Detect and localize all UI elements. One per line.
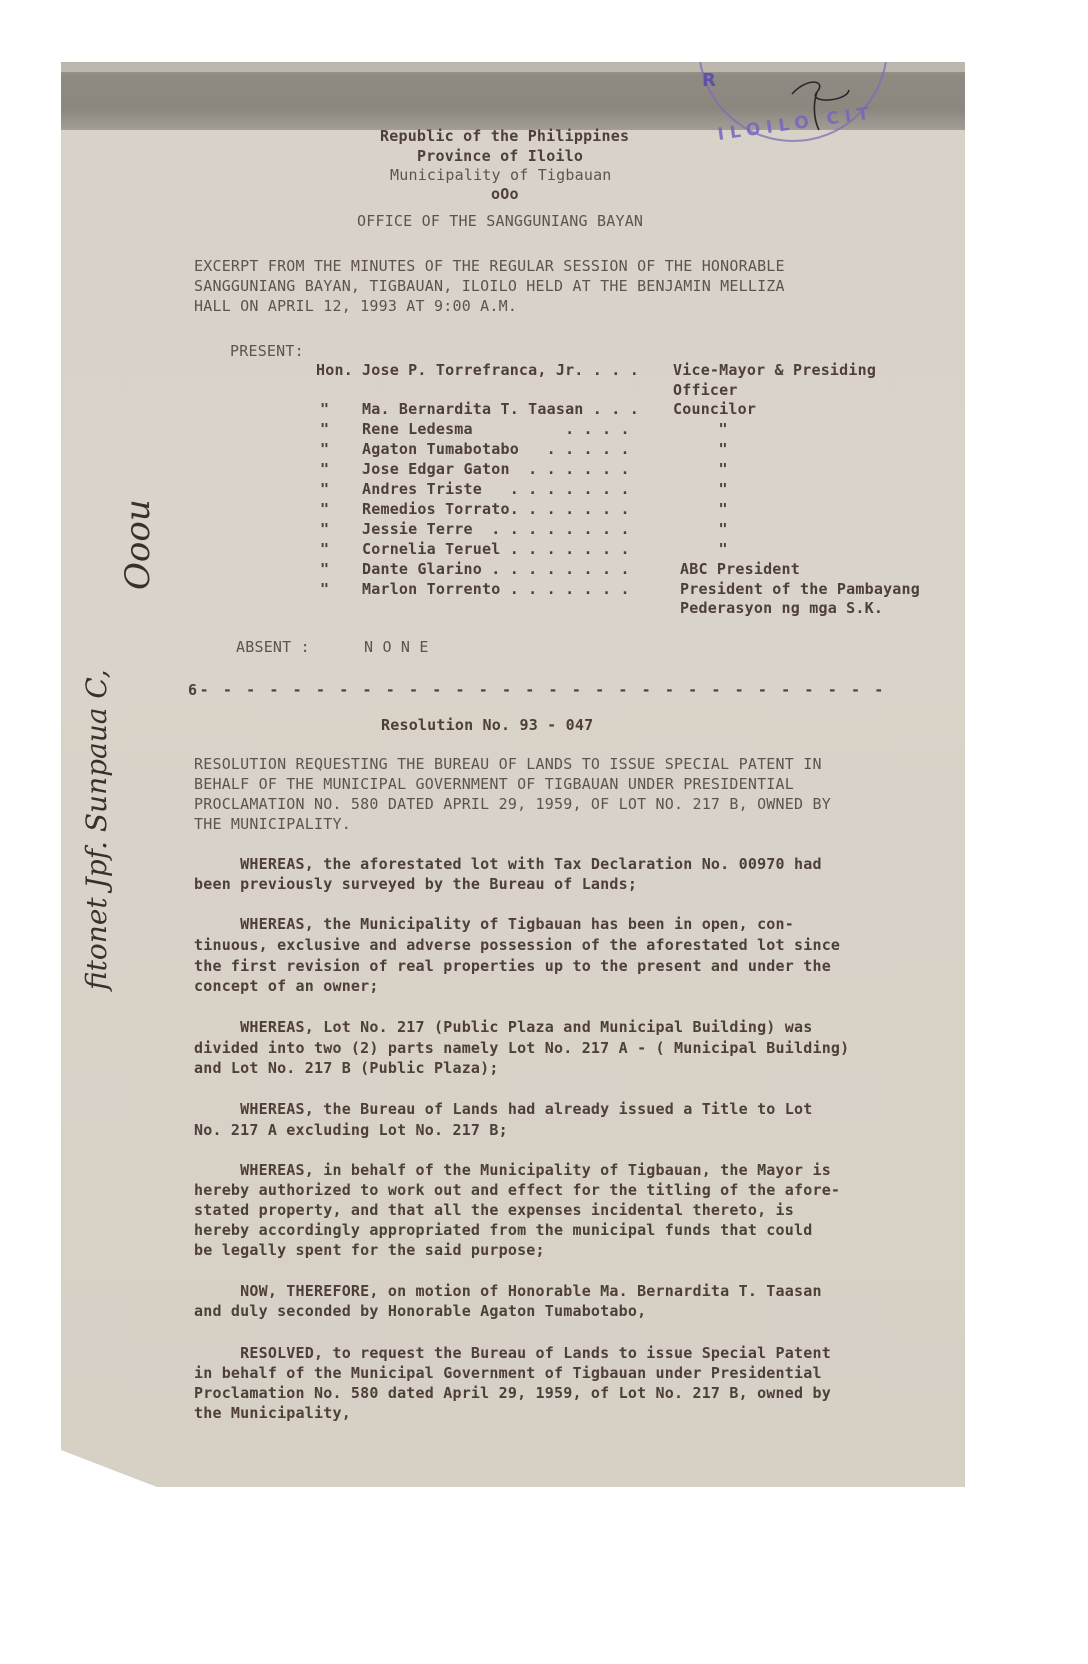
stamp-signature-icon <box>787 72 857 132</box>
member-name: Jose P. Torrefranca, Jr. . . . <box>362 361 639 379</box>
clause-line: Proclamation No. 580 dated April 29, 195… <box>194 1384 831 1402</box>
clause-line: been previously surveyed by the Bureau o… <box>194 875 637 893</box>
member-name: Rene Ledesma . . . . <box>362 420 630 438</box>
member-prefix: " <box>320 520 329 538</box>
margin-handwritten-note: fitonet Jpf. Sunpaua C, <box>80 669 113 990</box>
member-position-cont: Pederasyon ng mga S.K. <box>680 599 883 617</box>
member-position: " <box>700 480 728 498</box>
clause-line: WHEREAS, in behalf of the Municipality o… <box>194 1161 831 1179</box>
absent-value: N O N E <box>364 638 429 656</box>
header-republic: Republic of the Philippines <box>380 127 629 145</box>
member-name: Marlon Torrento . . . . . . . <box>362 580 630 598</box>
excerpt-line: EXCERPT FROM THE MINUTES OF THE REGULAR … <box>194 257 785 275</box>
absent-label: ABSENT : <box>236 638 310 656</box>
member-prefix: " <box>320 440 329 458</box>
member-prefix: " <box>320 560 329 578</box>
member-name: Cornelia Teruel . . . . . . . <box>362 540 630 558</box>
member-position: " <box>700 460 728 478</box>
clause-line: stated property, and that all the expens… <box>194 1201 794 1219</box>
clause-line: NOW, THEREFORE, on motion of Honorable M… <box>194 1282 822 1300</box>
member-prefix: " <box>320 540 329 558</box>
excerpt-line: HALL ON APRIL 12, 1993 AT 9:00 A.M. <box>194 297 517 315</box>
member-position: Councilor <box>673 400 756 418</box>
member-position: " <box>700 540 728 558</box>
received-stamp: R ILOILO CIT <box>692 62 892 144</box>
resolution-number: Resolution No. 93 - 047 <box>381 716 593 734</box>
member-position: " <box>700 520 728 538</box>
title-line: THE MUNICIPALITY. <box>194 815 351 833</box>
clause-line: WHEREAS, the Municipality of Tigbauan ha… <box>194 915 794 933</box>
title-line: PROCLAMATION NO. 580 DATED APRIL 29, 195… <box>194 795 831 813</box>
title-line: RESOLUTION REQUESTING THE BUREAU OF LAND… <box>194 755 822 773</box>
member-name: Jessie Terre . . . . . . . . <box>362 520 630 538</box>
clause-line: the first revision of real properties up… <box>194 957 831 975</box>
member-prefix: " <box>320 500 329 518</box>
clause-line: WHEREAS, the Bureau of Lands had already… <box>194 1100 812 1118</box>
clause-line: and duly seconded by Honorable Agaton Tu… <box>194 1302 646 1320</box>
member-name: Andres Triste . . . . . . . <box>362 480 630 498</box>
excerpt-line: SANGGUNIANG BAYAN, TIGBAUAN, ILOILO HELD… <box>194 277 785 295</box>
member-name: Remedios Torrato. . . . . . . <box>362 500 630 518</box>
present-label: PRESENT: <box>230 342 304 360</box>
member-prefix: " <box>320 580 329 598</box>
office-title: OFFICE OF THE SANGGUNIANG BAYAN <box>357 212 643 230</box>
member-name: Agaton Tumabotabo . . . . . <box>362 440 630 458</box>
member-prefix: " <box>320 460 329 478</box>
title-line: BEHALF OF THE MUNICIPAL GOVERNMENT OF TI… <box>194 775 794 793</box>
clause-line: divided into two (2) parts namely Lot No… <box>194 1039 849 1057</box>
member-position: " <box>700 420 728 438</box>
member-name: Ma. Bernardita T. Taasan . . . <box>362 400 639 418</box>
member-prefix: Hon. <box>316 361 353 379</box>
clause-line: and Lot No. 217 B (Public Plaza); <box>194 1059 499 1077</box>
member-prefix: " <box>320 400 329 418</box>
clause-line: the Municipality, <box>194 1404 351 1422</box>
clause-line: WHEREAS, Lot No. 217 (Public Plaza and M… <box>194 1018 812 1036</box>
member-prefix: " <box>320 420 329 438</box>
separator-line: 6- - - - - - - - - - - - - - - - - - - -… <box>188 681 886 699</box>
clause-line: hereby authorized to work out and effect… <box>194 1181 840 1199</box>
clause-line: WHEREAS, the aforestated lot with Tax De… <box>194 855 822 873</box>
clause-line: in behalf of the Municipal Government of… <box>194 1364 822 1382</box>
member-prefix: " <box>320 480 329 498</box>
clause-line: RESOLVED, to request the Bureau of Lands… <box>194 1344 831 1362</box>
header-ornament: oOo <box>491 185 519 203</box>
header-municipality: Municipality of Tigbauan <box>390 166 612 184</box>
clause-line: concept of an owner; <box>194 977 379 995</box>
member-position-cont: Officer <box>673 381 738 399</box>
margin-signature: Ooou <box>118 499 158 590</box>
member-name: Jose Edgar Gaton . . . . . . <box>362 460 630 478</box>
member-position: " <box>700 440 728 458</box>
member-name: Dante Glarino . . . . . . . . <box>362 560 630 578</box>
member-position: " <box>700 500 728 518</box>
clause-line: be legally spent for the said purpose; <box>194 1241 545 1259</box>
member-position: ABC President <box>680 560 800 578</box>
stamp-letter: R <box>702 70 716 91</box>
clause-line: tinuous, exclusive and adverse possessio… <box>194 936 840 954</box>
header-province: Province of Iloilo <box>417 147 583 165</box>
clause-line: hereby accordingly appropriated from the… <box>194 1221 812 1239</box>
clause-line: No. 217 A excluding Lot No. 217 B; <box>194 1121 508 1139</box>
member-position: President of the Pambayang <box>680 580 920 598</box>
member-position: Vice-Mayor & Presiding <box>673 361 876 379</box>
